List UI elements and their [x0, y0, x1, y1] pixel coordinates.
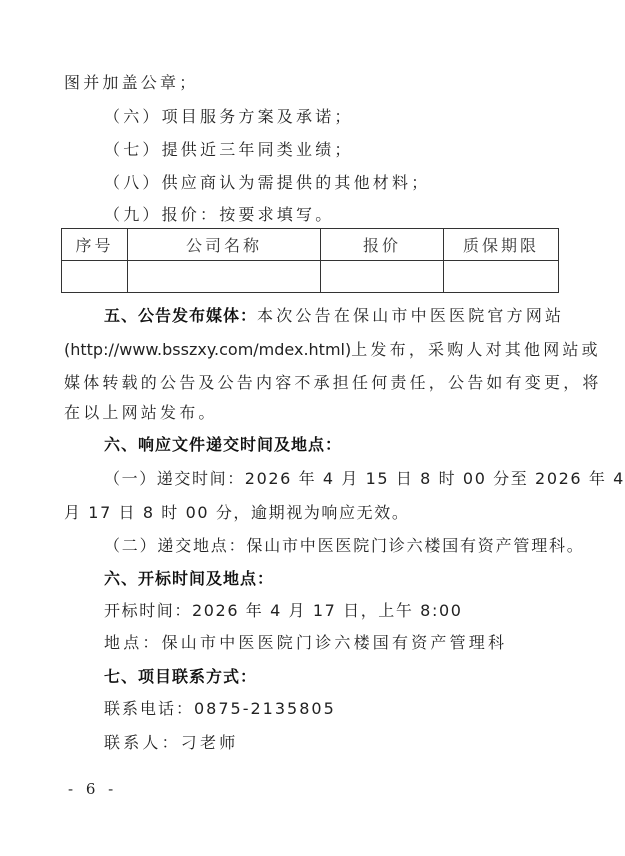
section5-line2-text: 上发布，采购人对其他网站或	[351, 340, 601, 359]
submission-time-line1: （一）递交时间：2026 年 4 月 15 日 8 时 00 分至 2026 年…	[104, 469, 625, 489]
submission-time-line2: 月 17 日 8 时 00 分，逾期视为响应无效。	[64, 503, 409, 523]
header-serial-number: 序号	[62, 229, 128, 261]
section6b-heading: 六、开标时间及地点：	[104, 569, 274, 589]
section5-line1: 五、公告发布媒体：本次公告在保山市中医医院官方网站	[104, 306, 564, 326]
cell-warranty-period	[444, 261, 559, 293]
header-price: 报价	[321, 229, 444, 261]
website-link[interactable]: (http://www.bsszxy.com/mdex.html)	[64, 340, 351, 359]
materials-item-7: （七）提供近三年同类业绩；	[104, 140, 354, 160]
section5-line3: 媒体转载的公告及公告内容不承担任何责任，公告如有变更，将	[64, 373, 602, 393]
section5-line4: 在以上网站发布。	[64, 403, 218, 423]
section5-line2: (http://www.bsszxy.com/mdex.html)上发布，采购人…	[64, 340, 601, 360]
contact-person: 联系人：刁老师	[104, 733, 238, 753]
section6a-heading: 六、响应文件递交时间及地点：	[104, 435, 342, 455]
materials-item-6: （六）项目服务方案及承诺；	[104, 107, 354, 127]
section5-line1-text: 本次公告在保山市中医医院官方网站	[257, 306, 564, 325]
table-header-row: 序号 公司名称 报价 质保期限	[62, 229, 559, 261]
bid-opening-location: 地点：保山市中医医院门诊六楼国有资产管理科	[104, 633, 507, 653]
page-number: - 6 -	[68, 780, 117, 798]
bid-opening-time: 开标时间：2026 年 4 月 17 日，上午 8:00	[104, 601, 463, 621]
header-warranty-period: 质保期限	[444, 229, 559, 261]
section5-heading: 五、公告发布媒体：	[104, 306, 257, 325]
submission-location: （二）递交地点：保山市中医医院门诊六楼国有资产管理科。	[104, 536, 585, 556]
cell-price	[321, 261, 444, 293]
continuation-text: 图并加盖公章；	[64, 73, 198, 93]
materials-item-8: （八）供应商认为需提供的其他材料；	[104, 173, 430, 193]
contact-phone: 联系电话：0875-2135805	[104, 699, 336, 719]
header-company-name: 公司名称	[128, 229, 321, 261]
table-row	[62, 261, 559, 293]
section7-heading: 七、项目联系方式：	[104, 667, 257, 687]
cell-serial-number	[62, 261, 128, 293]
quote-table: 序号 公司名称 报价 质保期限	[61, 228, 559, 293]
materials-item-9: （九）报价：按要求填写。	[104, 205, 334, 225]
cell-company-name	[128, 261, 321, 293]
